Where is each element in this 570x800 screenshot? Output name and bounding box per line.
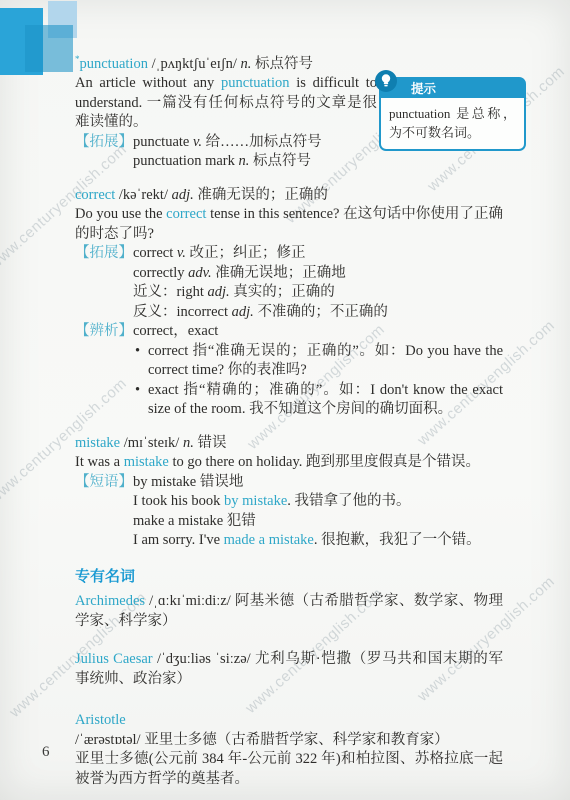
phrase-line: make a mistake 犯错 [133,512,503,532]
phrase-line: by mistake 错误地 [133,473,503,493]
example-sentence: Do you use the correct tense in this sen… [75,205,503,244]
section-proper-nouns: 专有名词 Archimedes /ˌɑːkɪˈmiːdiːz/ 阿基米德（古希腊… [75,567,503,790]
proper-noun-head: Aristotle /ˈærəstɒtəl/ 亚里士多德（古希腊哲学家、科学家和… [75,711,503,750]
entry-correct: correct /kəˈrekt/ adj. 准确无误的；正确的 Do you … [75,186,503,420]
deco-square-overlap [25,25,73,72]
discern-head: correct，exact [133,322,503,342]
proper-noun-note: 亚里士多德(公元前 384 年-公元前 322 年)和柏拉图、苏格拉底一起被誉为… [75,750,503,789]
tip-box-header: 提示 [379,77,526,98]
tip-title: 提示 [411,79,436,97]
book-page: www.centuryenglish.com www.centuryenglis… [0,0,570,800]
proper-noun-aristotle: Aristotle /ˈærəstɒtəl/ 亚里士多德（古希腊哲学家、科学家和… [75,711,503,789]
proper-noun-archimedes: Archimedes /ˌɑːkɪˈmiːdiːz/ 阿基米德（古希腊哲学家、数… [75,592,503,631]
expand-line: correctly adv. 准确无误地；正确地 [133,264,503,284]
phrase-line: I am sorry. I've made a mistake. 很抱歉，我犯了… [133,531,503,551]
phrase-label: 【短语】 [75,473,133,493]
expand-block: 【拓展】 correct v. 改正；纠正；修正 correctly adv. … [75,244,503,322]
headword-line: mistake /mɪˈsteɪk/ n. 错误 [75,434,503,454]
phrase-block: 【短语】 by mistake 错误地 I took his book by m… [75,473,503,551]
lightbulb-icon [374,69,398,93]
expand-label: 【拓展】 [75,244,133,264]
tip-box: 提示 punctuation 是总称，为不可数名词。 [379,77,526,151]
phrase-line: I took his book by mistake. 我错拿了他的书。 [133,492,503,512]
expand-line: correct v. 改正；纠正；修正 [133,244,503,264]
section-heading: 专有名词 [75,567,503,587]
main-content: *punctuation /ˌpʌŋktʃuˈeɪʃn/ n. 标点符号 An … [75,50,503,789]
page-number: 6 [42,744,50,761]
proper-noun-julius-caesar: Julius Caesar /ˈdʒuːliəs ˈsiːzə/ 尤利乌斯·恺撒… [75,650,503,689]
example-sentence: It was a mistake to go there on holiday.… [75,453,503,473]
discern-bullet: exact 指“精确的；准确的”。如：I don't know the exac… [133,381,503,420]
discern-block: 【辨析】 correct，exact correct 指“准确无误的；正确的”。… [75,322,503,420]
expand-line: 反义：incorrect adj. 不准确的；不正确的 [133,303,503,323]
discern-bullet: correct 指“准确无误的；正确的”。如：Do you have the c… [133,342,503,381]
discern-label: 【辨析】 [75,322,133,342]
headword-line: *punctuation /ˌpʌŋktʃuˈeɪʃn/ n. 标点符号 [75,50,503,74]
tip-body-text: punctuation 是总称，为不可数名词。 [379,98,526,151]
expand-line: punctuation mark n. 标点符号 [133,152,503,172]
expand-line: 近义：right adj. 真实的；正确的 [133,283,503,303]
headword-line: correct /kəˈrekt/ adj. 准确无误的；正确的 [75,186,503,206]
entry-mistake: mistake /mɪˈsteɪk/ n. 错误 It was a mistak… [75,434,503,551]
example-sentence: An article without any punctuation is di… [75,74,377,133]
expand-label: 【拓展】 [75,133,133,153]
